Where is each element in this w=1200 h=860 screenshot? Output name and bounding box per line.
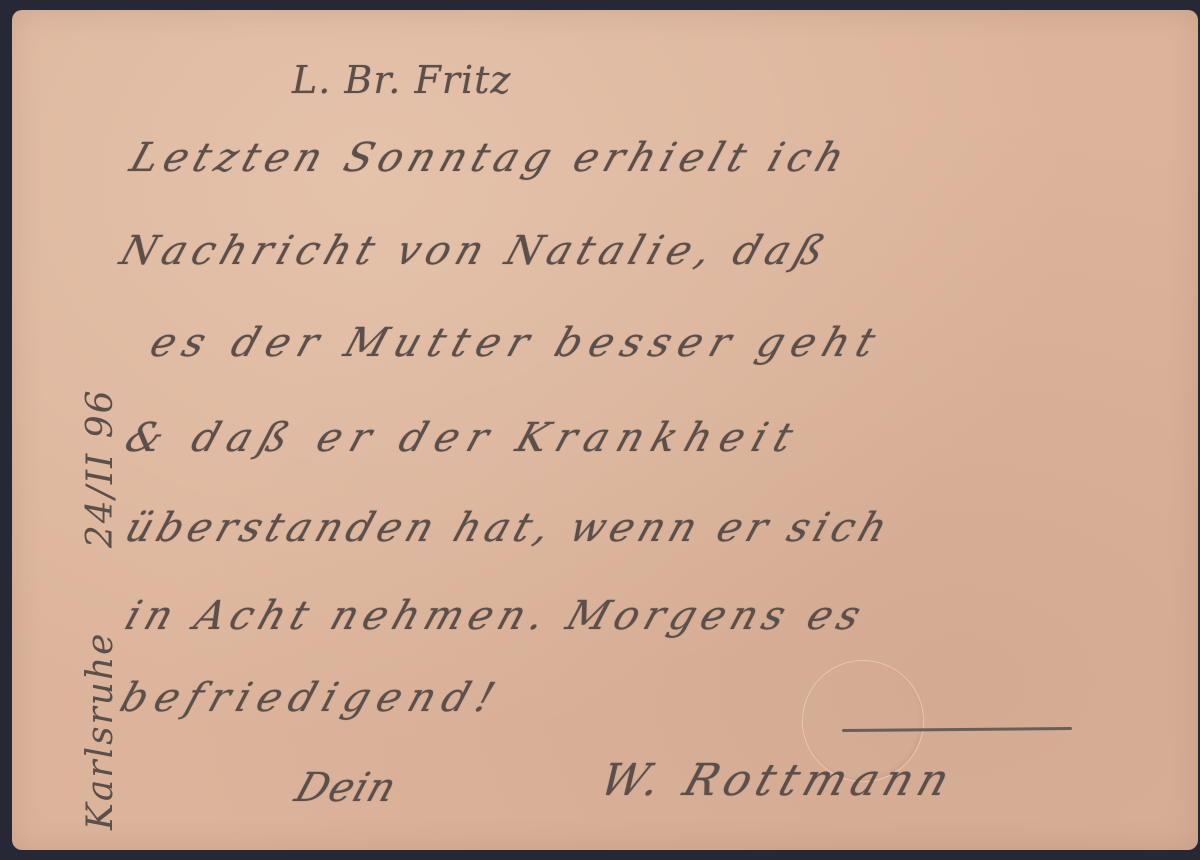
closing: Dein [290, 765, 403, 811]
text-line-2: Nachricht von Natalie, daß [115, 228, 837, 274]
margin-date: 24/II 96 [80, 388, 121, 548]
text-line-7: befriedigend! [115, 675, 509, 721]
text-line-4: & daß er der Krankheit [120, 415, 808, 461]
signature-flourish [842, 727, 1072, 732]
margin-place: Karlsruhe [80, 632, 121, 830]
postcard: Karlsruhe 24/II 96 L. Br. Fritz Letzten … [12, 10, 1198, 850]
text-line-3: es der Mutter besser geht [145, 320, 889, 366]
salutation: L. Br. Fritz [292, 58, 511, 102]
margin-note: Karlsruhe 24/II 96 [80, 388, 121, 830]
text-line-5: überstanden hat, wenn er sich [120, 505, 898, 551]
signature: W. Rottmann [594, 755, 962, 806]
text-line-1: Letzten Sonntag erhielt ich [125, 135, 856, 181]
text-line-6: in Acht nehmen. Morgens es [120, 593, 873, 639]
